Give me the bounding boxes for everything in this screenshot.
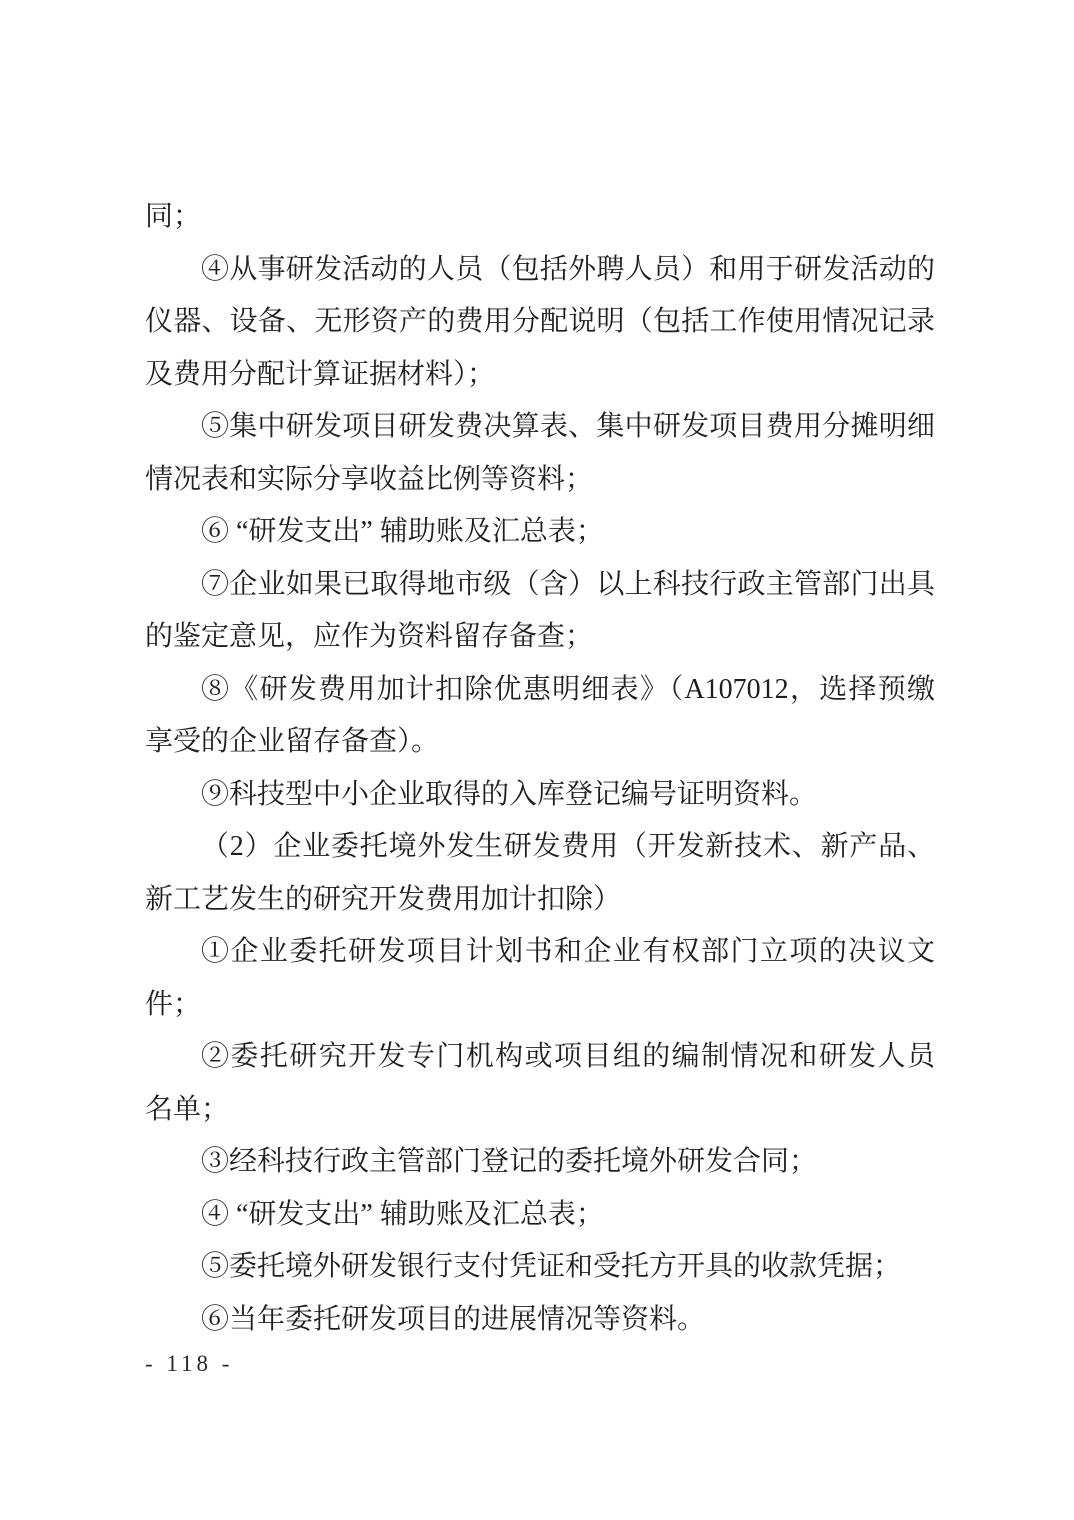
text-line: ⑧《研发费用加计扣除优惠明细表》（A107012，选择预缴: [145, 664, 935, 717]
text-line: ④ “研发支出” 辅助账及汇总表；: [145, 1189, 935, 1242]
text-line: 件；: [145, 979, 935, 1032]
text-line: 及费用分配计算证据材料）；: [145, 349, 935, 402]
text-line: ⑦企业如果已取得地市级（含）以上科技行政主管部门出具: [145, 559, 935, 612]
text-line: ⑤委托境外研发银行支付凭证和受托方开具的收款凭据；: [145, 1241, 935, 1294]
text-line: 同；: [145, 191, 935, 244]
text-line: （2）企业委托境外发生研发费用（开发新技术、新产品、: [145, 821, 935, 874]
text-line: ⑥ “研发支出” 辅助账及汇总表；: [145, 506, 935, 559]
text-line: 名单；: [145, 1084, 935, 1137]
text-line: 新工艺发生的研究开发费用加计扣除）: [145, 874, 935, 927]
document-lines: 同；④从事研发活动的人员（包括外聘人员）和用于研发活动的仪器、设备、无形资产的费…: [145, 191, 935, 1346]
document-page: 同；④从事研发活动的人员（包括外聘人员）和用于研发活动的仪器、设备、无形资产的费…: [0, 0, 1074, 1520]
text-line: ⑤集中研发项目研发费决算表、集中研发项目费用分摊明细: [145, 401, 935, 454]
page-number: - 118 -: [145, 1351, 233, 1377]
text-line: ⑥当年委托研发项目的进展情况等资料。: [145, 1294, 935, 1347]
text-line: ⑨科技型中小企业取得的入库登记编号证明资料。: [145, 769, 935, 822]
text-line: 情况表和实际分享收益比例等资料；: [145, 454, 935, 507]
text-line: 的鉴定意见，应作为资料留存备查；: [145, 611, 935, 664]
text-line: 仪器、设备、无形资产的费用分配说明（包括工作使用情况记录: [145, 296, 935, 349]
text-line: ②委托研究开发专门机构或项目组的编制情况和研发人员: [145, 1031, 935, 1084]
text-line: ①企业委托研发项目计划书和企业有权部门立项的决议文: [145, 926, 935, 979]
text-line: ④从事研发活动的人员（包括外聘人员）和用于研发活动的: [145, 244, 935, 297]
text-line: 享受的企业留存备查）。: [145, 716, 935, 769]
text-line: ③经科技行政主管部门登记的委托境外研发合同；: [145, 1136, 935, 1189]
